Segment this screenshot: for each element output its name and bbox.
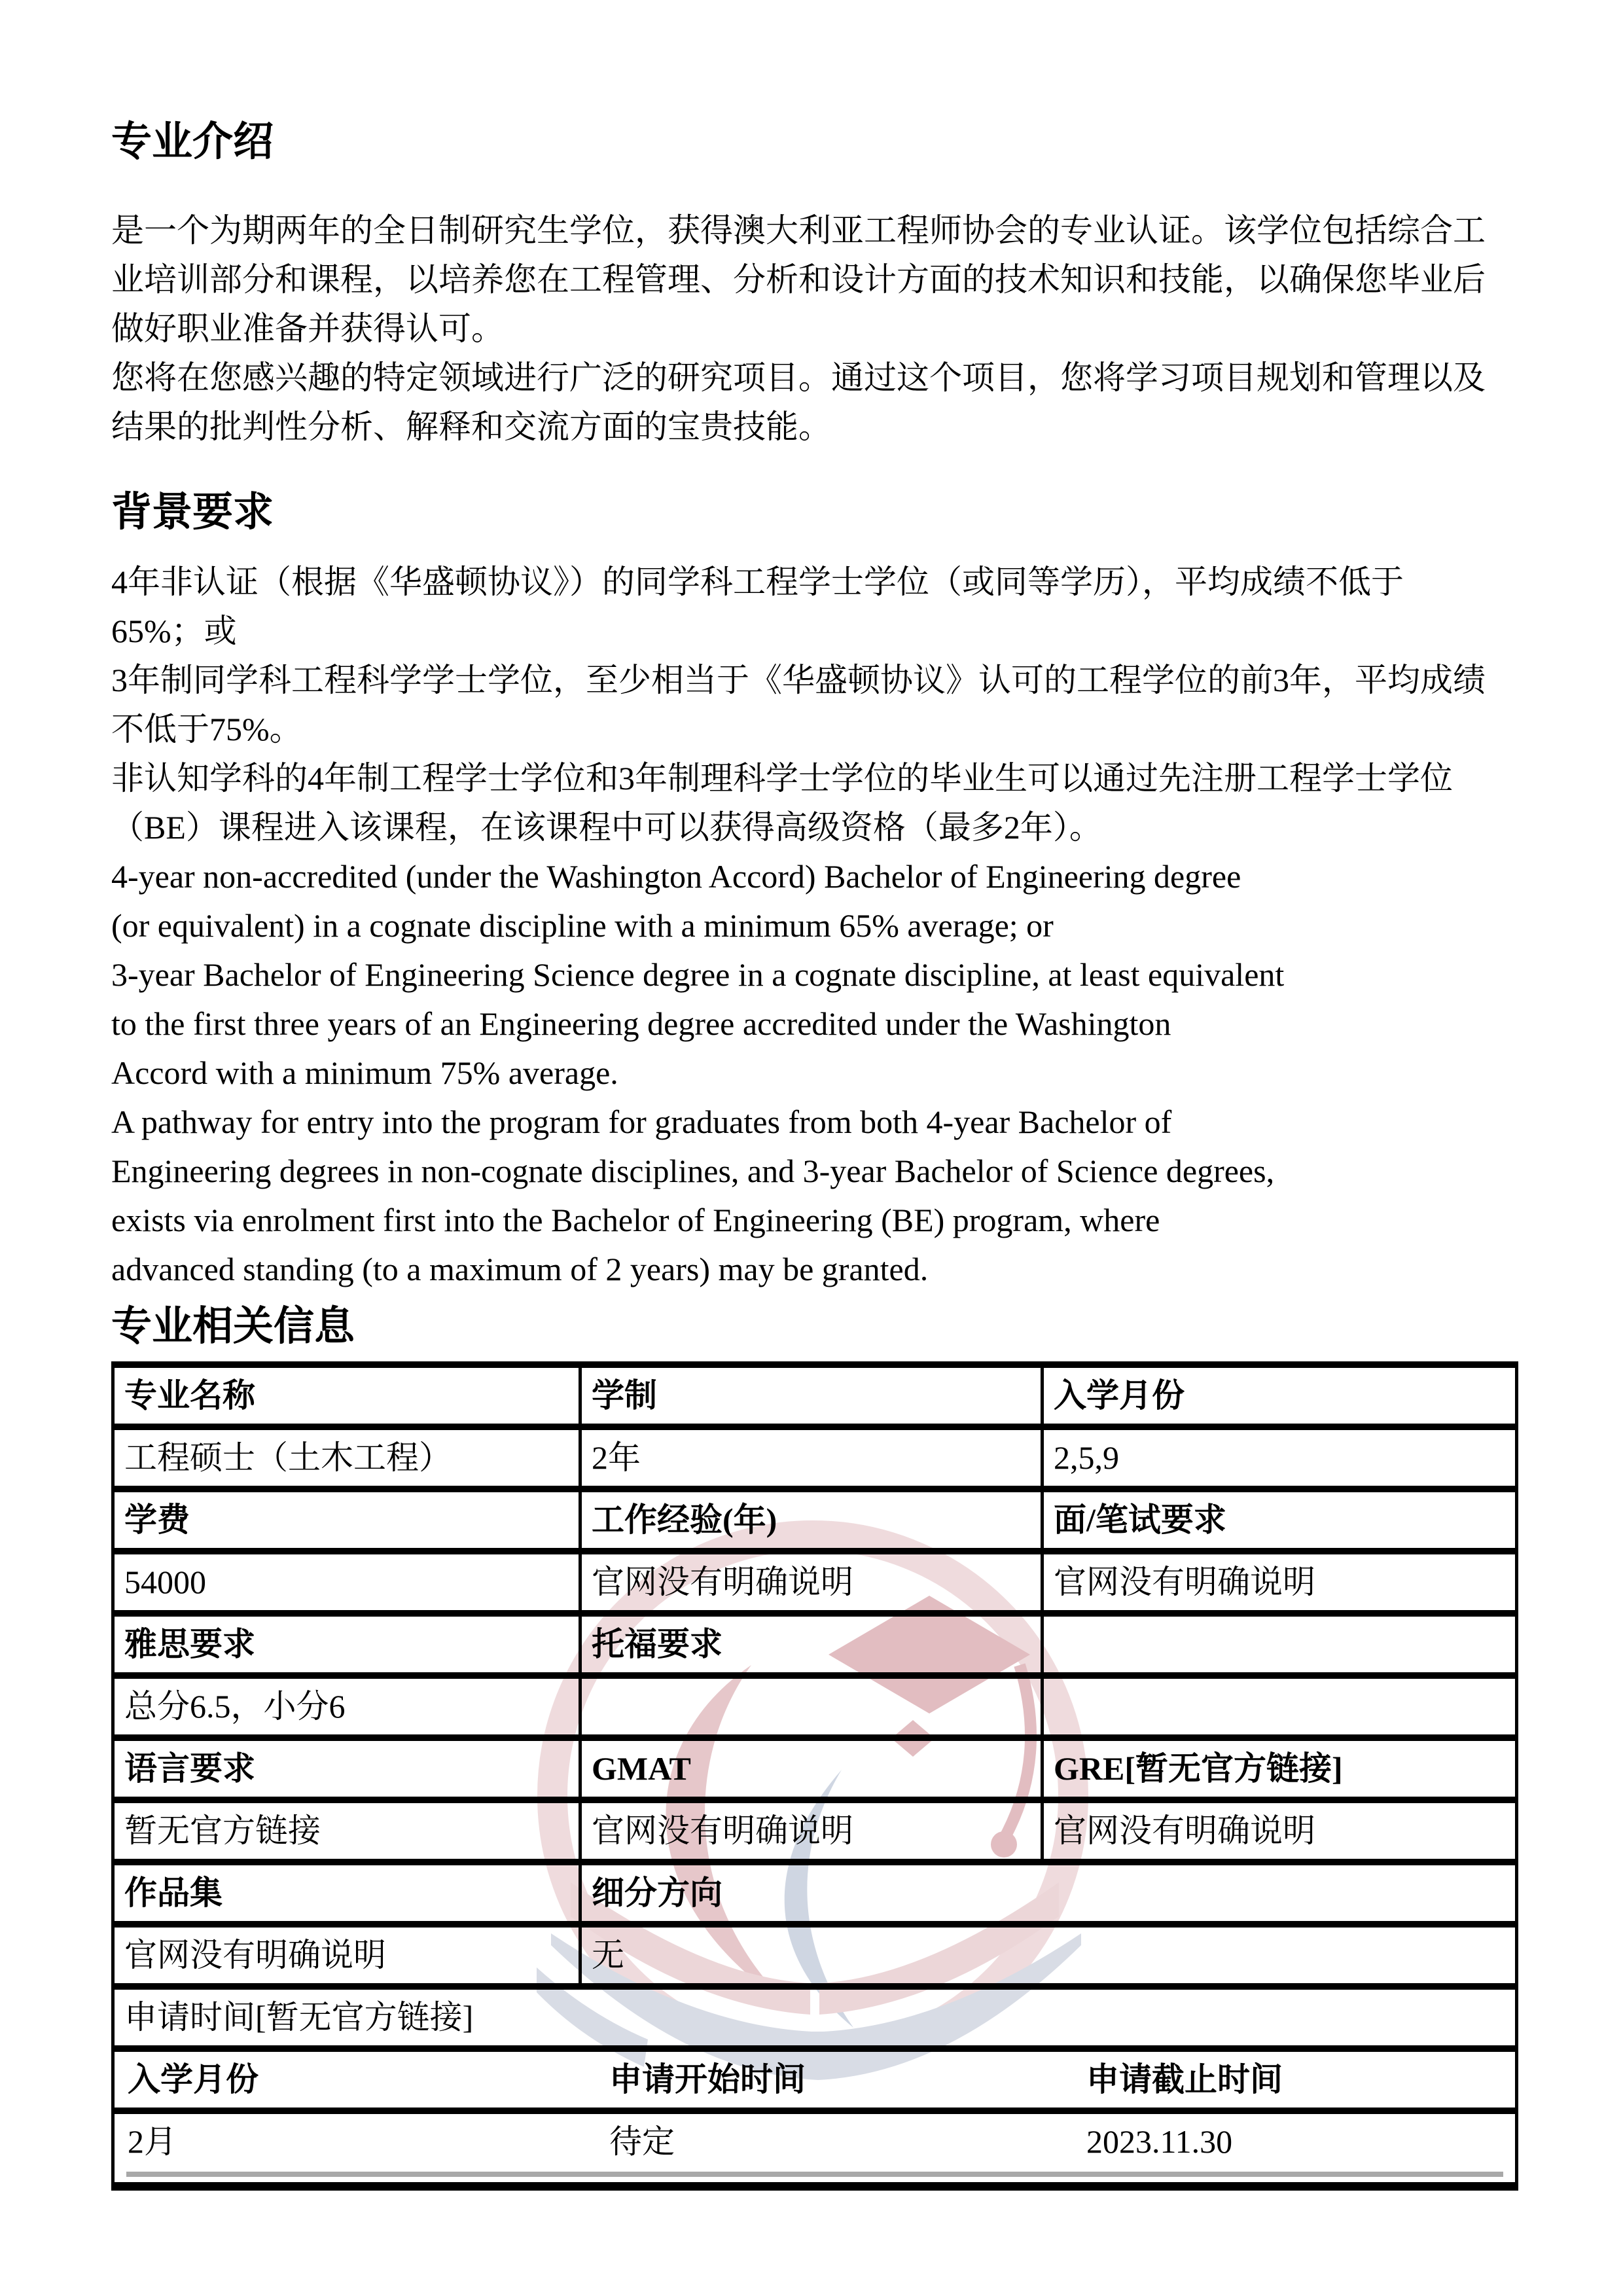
- background-paragraphs: 4年非认证（根据《华盛顿协议》）的同学科工程学士学位（或同等学历），平均成绩不低…: [111, 558, 1512, 1294]
- table-cell: [1044, 1679, 1515, 1734]
- table-cell: 官网没有明确说明: [1044, 1554, 1515, 1610]
- table-header-cell: 语言要求: [115, 1741, 582, 1797]
- table-header-cell: 雅思要求: [115, 1617, 582, 1672]
- table-header-cell: 面/笔试要求: [1044, 1492, 1515, 1548]
- table-row: 作品集细分方向: [115, 1865, 1515, 1928]
- text-line: Engineering degrees in non-cognate disci…: [111, 1147, 1512, 1196]
- table-row: 专业名称学制入学月份: [115, 1368, 1515, 1430]
- table-header-cell: 托福要求: [582, 1617, 1044, 1672]
- text-line: 65%；或: [111, 607, 1512, 656]
- table-cell: 2,5,9: [1044, 1430, 1515, 1486]
- table-header-cell: 专业名称: [115, 1368, 582, 1424]
- table-header-cell: 工作经验(年): [582, 1492, 1044, 1548]
- table-cell: 2年: [582, 1430, 1044, 1486]
- table-cell: 总分6.5，小分6: [115, 1679, 582, 1734]
- table-row: 官网没有明确说明无: [115, 1928, 1515, 1990]
- text-line: 是一个为期两年的全日制研究生学位，获得澳大利亚工程师协会的专业认证。该学位包括综…: [111, 206, 1512, 255]
- table-header-cell: GMAT: [582, 1741, 1044, 1797]
- intro-paragraphs: 是一个为期两年的全日制研究生学位，获得澳大利亚工程师协会的专业认证。该学位包括综…: [111, 206, 1512, 452]
- section-heading-related-info: 专业相关信息: [111, 1304, 1512, 1350]
- table-cell: 官网没有明确说明: [115, 1928, 582, 1983]
- table-row: 暂无官方链接官网没有明确说明官网没有明确说明: [115, 1803, 1515, 1865]
- table-row: 54000官网没有明确说明官网没有明确说明: [115, 1554, 1515, 1617]
- page-content: 专业介绍 是一个为期两年的全日制研究生学位，获得澳大利亚工程师协会的专业认证。该…: [0, 0, 1623, 2191]
- table-cell: 官网没有明确说明: [582, 1803, 1044, 1859]
- text-line: 业培训部分和课程，以培养您在工程管理、分析和设计方面的技术知识和技能，以确保您毕…: [111, 255, 1512, 304]
- text-line: 4-year non-accredited (under the Washing…: [111, 852, 1512, 901]
- text-line: Accord with a minimum 75% average.: [111, 1049, 1512, 1098]
- table-cell: 官网没有明确说明: [582, 1554, 1044, 1610]
- table-header-cell: 作品集: [115, 1865, 582, 1921]
- divider-line: [126, 2172, 1503, 2177]
- table-header-cell: 入学月份: [115, 2052, 596, 2108]
- table-row: 2月待定2023.11.30: [115, 2114, 1515, 2170]
- text-line: 4年非认证（根据《华盛顿协议》）的同学科工程学士学位（或同等学历），平均成绩不低…: [111, 558, 1512, 607]
- text-line: 结果的批判性分析、解释和交流方面的宝贵技能。: [111, 403, 1512, 452]
- text-line: 非认知学科的4年制工程学士学位和3年制理科学士学位的毕业生可以通过先注册工程学士…: [111, 754, 1512, 803]
- table-body: 专业名称学制入学月份工程硕士（土木工程）2年2,5,9学费工作经验(年)面/笔试…: [115, 1368, 1515, 2170]
- table-cell: 无: [582, 1928, 1515, 1983]
- text-line: exists via enrolment first into the Bach…: [111, 1196, 1512, 1245]
- text-line: advanced standing (to a maximum of 2 yea…: [111, 1245, 1512, 1294]
- table-header-cell: 细分方向: [582, 1865, 1515, 1921]
- table-header-cell: [1044, 1617, 1515, 1672]
- table-header-cell: 入学月份: [1044, 1368, 1515, 1424]
- text-line: to the first three years of an Engineeri…: [111, 999, 1512, 1049]
- section-heading-intro: 专业介绍: [111, 0, 1512, 165]
- table-header-cell: GRE[暂无官方链接]: [1044, 1741, 1515, 1797]
- table-header-cell: 学制: [582, 1368, 1044, 1424]
- table-cell: 2023.11.30: [1073, 2114, 1515, 2170]
- section-heading-background: 背景要求: [111, 490, 1512, 535]
- table-cell: [582, 1679, 1044, 1734]
- table-row: 总分6.5，小分6: [115, 1679, 1515, 1741]
- table-row: 语言要求GMATGRE[暂无官方链接]: [115, 1741, 1515, 1803]
- program-info-table: 专业名称学制入学月份工程硕士（土木工程）2年2,5,9学费工作经验(年)面/笔试…: [111, 1361, 1518, 2191]
- table-cell: 暂无官方链接: [115, 1803, 582, 1859]
- table-cell: 待定: [596, 2114, 1073, 2170]
- text-line: A pathway for entry into the program for…: [111, 1098, 1512, 1147]
- table-header-cell: 申请开始时间: [596, 2052, 1073, 2108]
- text-line: 您将在您感兴趣的特定领域进行广泛的研究项目。通过这个项目，您将学习项目规划和管理…: [111, 353, 1512, 403]
- table-row: 学费工作经验(年)面/笔试要求: [115, 1492, 1515, 1554]
- table-header-cell: 申请截止时间: [1073, 2052, 1515, 2108]
- table-row: 入学月份申请开始时间申请截止时间: [115, 2052, 1515, 2114]
- text-line: 3-year Bachelor of Engineering Science d…: [111, 950, 1512, 999]
- table-row: 雅思要求托福要求: [115, 1617, 1515, 1679]
- table-cell: 官网没有明确说明: [1044, 1803, 1515, 1859]
- table-cell: 工程硕士（土木工程）: [115, 1430, 582, 1486]
- table-cell: 申请时间[暂无官方链接]: [115, 1990, 1515, 2045]
- text-line: (or equivalent) in a cognate discipline …: [111, 901, 1512, 950]
- text-line: 做好职业准备并获得认可。: [111, 304, 1512, 353]
- text-line: （BE）课程进入该课程，在该课程中可以获得高级资格（最多2年）。: [111, 803, 1512, 852]
- table-row: 工程硕士（土木工程）2年2,5,9: [115, 1430, 1515, 1492]
- table-cell: 54000: [115, 1554, 582, 1610]
- table-row: 申请时间[暂无官方链接]: [115, 1990, 1515, 2052]
- text-line: 不低于75%。: [111, 705, 1512, 754]
- text-line: 3年制同学科工程科学学士学位，至少相当于《华盛顿协议》认可的工程学位的前3年，平…: [111, 656, 1512, 705]
- table-cell: 2月: [115, 2114, 596, 2170]
- table-header-cell: 学费: [115, 1492, 582, 1548]
- document-page: { "page": {"width": 2480, "height": 3508…: [0, 0, 1623, 2296]
